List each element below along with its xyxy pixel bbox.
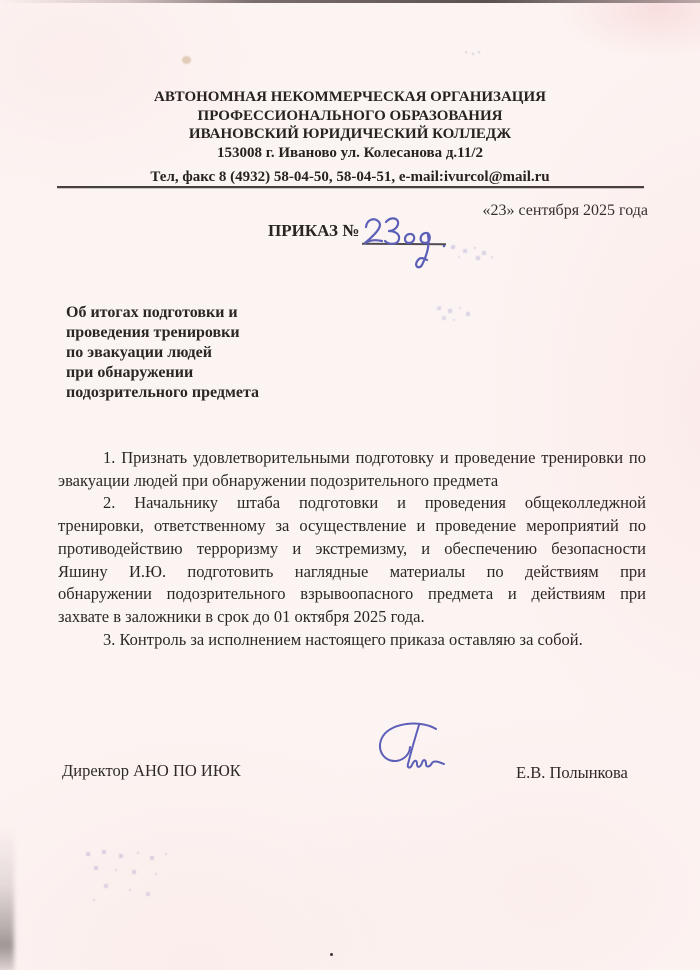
header-divider-rule [57, 186, 644, 188]
body-line: захвате в заложники в срок до 01 октября… [58, 606, 646, 629]
scanned-order-document: АВТОНОМНАЯ НЕКОММЕРЧЕСКАЯ ОРГАНИЗАЦИЯ ПР… [0, 0, 700, 970]
scan-top-edge [0, 0, 700, 3]
organization-header: АВТОНОМНАЯ НЕКОММЕРЧЕСКАЯ ОРГАНИЗАЦИЯ ПР… [0, 88, 700, 162]
ink-bleed-specks [450, 244, 452, 246]
subject-line: проведения тренировки [66, 323, 366, 343]
body-line: 1. Признать удовлетворительными подготов… [58, 447, 646, 470]
body-line: обнаружении подозрительного взрывоопасно… [58, 583, 646, 606]
director-name: Е.В. Полынкова [516, 763, 628, 783]
order-title-label: ПРИКАЗ № [268, 221, 359, 241]
ink-bleed-specks [85, 851, 87, 853]
order-date: «23» сентября 2025 года [482, 202, 648, 220]
order-number-handwriting [357, 213, 457, 273]
contact-line: Тел, факс 8 (4932) 58-04-50, 58-04-51, e… [0, 169, 700, 186]
scan-dot-artifact [330, 953, 333, 956]
org-address-line: 153008 г. Иваново ул. Колесанова д.11/2 [0, 144, 700, 163]
ink-bleed-specks [437, 305, 439, 307]
body-line: 3. Контроль за исполнением настоящего пр… [58, 629, 646, 652]
org-name-line: АВТОНОМНАЯ НЕКОММЕРЧЕСКАЯ ОРГАНИЗАЦИЯ [0, 88, 700, 107]
director-signature-handwriting [360, 718, 460, 788]
body-line: Яшину И.Ю. подготовить наглядные материа… [58, 561, 646, 584]
org-name-line: ИВАНОВСКИЙ ЮРИДИЧЕСКИЙ КОЛЛЕДЖ [0, 125, 700, 144]
order-body: 1. Признать удовлетворительными подготов… [58, 447, 646, 651]
body-line: эвакуации людей при обнаружении подозрит… [58, 470, 646, 493]
org-name-line: ПРОФЕССИОНАЛЬНОГО ОБРАЗОВАНИЯ [0, 107, 700, 126]
director-position-title: Директор АНО ПО ИЮК [62, 761, 241, 781]
body-line: противодействию терроризму и экстремизму… [58, 538, 646, 561]
body-line: тренировки, ответственному за осуществле… [58, 515, 646, 538]
pencil-specks [464, 50, 466, 52]
subject-line: по эвакуации людей [66, 343, 366, 363]
order-subject: Об итогах подготовки и проведения тренир… [66, 303, 366, 403]
paper-stain [182, 56, 191, 64]
subject-line: при обнаружении [66, 363, 366, 383]
subject-line: Об итогах подготовки и [66, 303, 366, 323]
subject-line: подозрительного предмета [66, 383, 366, 403]
scan-edge-smudge [0, 826, 14, 970]
body-line: 2. Начальнику штаба подготовки и проведе… [58, 492, 646, 515]
